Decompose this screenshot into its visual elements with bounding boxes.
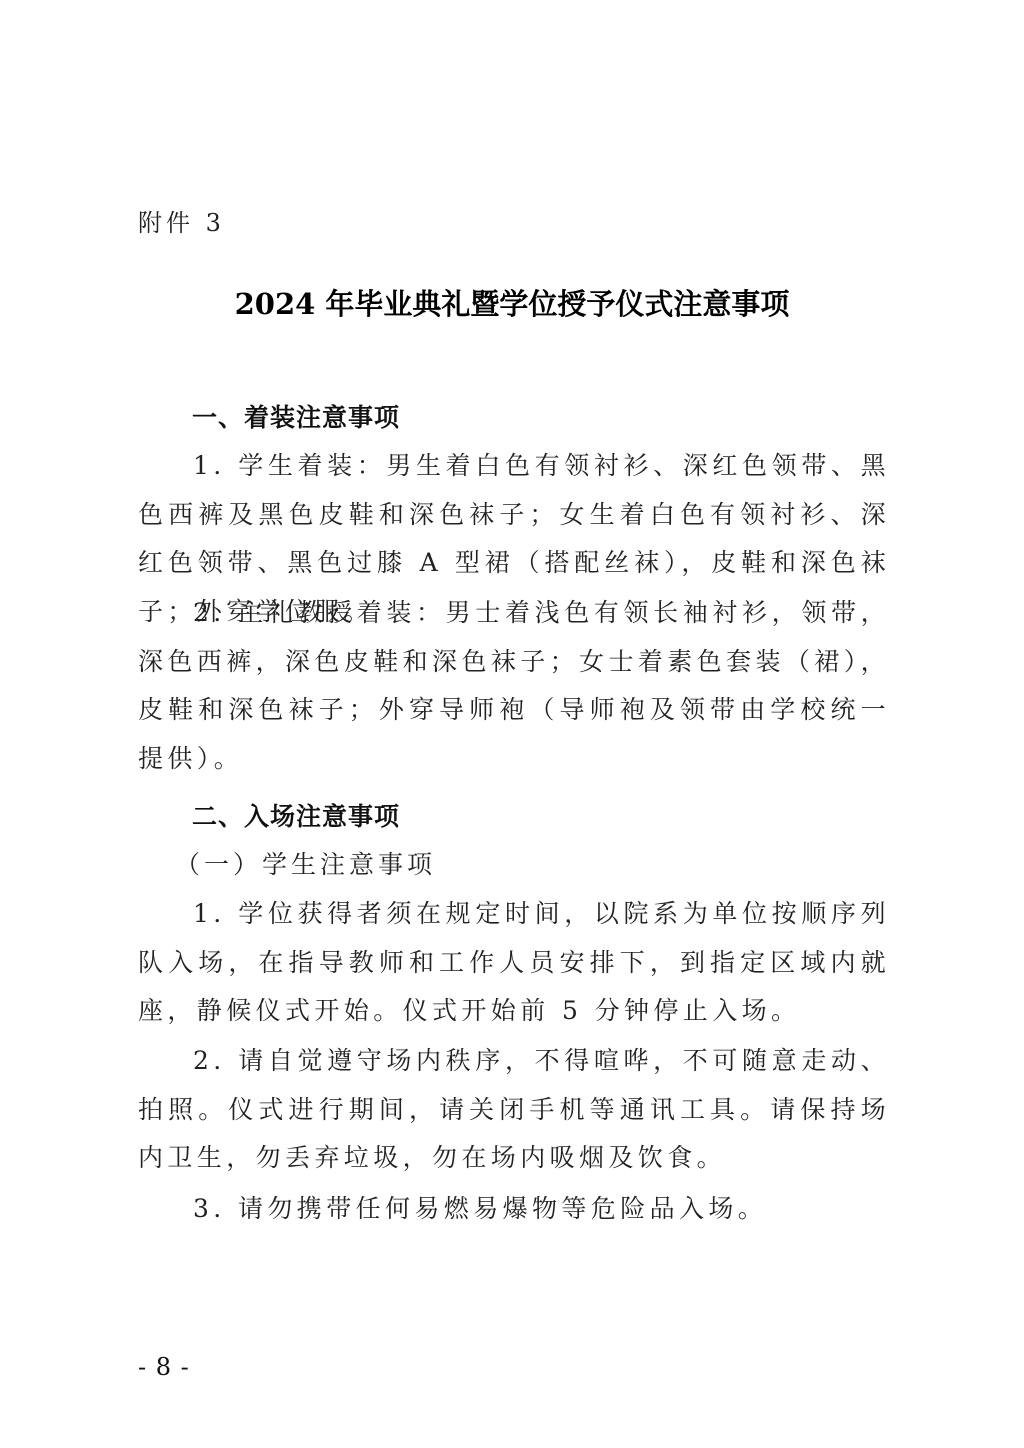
document-title: 2024 年毕业典礼暨学位授予仪式注意事项 <box>0 282 1024 323</box>
page-number: - 8 - <box>138 1353 190 1381</box>
paragraph-hazard-items: 3. 请勿携带任何易燃易爆物等危险品入场。 <box>138 1185 890 1234</box>
subheading-student-notes: （一）学生注意事项 <box>175 845 436 881</box>
section-heading-attire: 一、着装注意事项 <box>192 398 400 434</box>
paragraph-entry-order: 1. 学位获得者须在规定时间，以院系为单位按顺序列队入场，在指导教师和工作人员安… <box>138 890 890 1036</box>
paragraph-venue-rules: 2. 请自觉遵守场内秩序，不得喧哗，不可随意走动、拍照。仪式进行期间，请关闭手机… <box>138 1037 890 1183</box>
paragraph-professor-attire: 2. 主礼教授着装：男士着浅色有领长袖衬衫，领带，深色西裤，深色皮鞋和深色袜子；… <box>138 589 890 783</box>
section-heading-entry: 二、入场注意事项 <box>192 797 400 833</box>
attachment-label: 附件 3 <box>138 203 225 238</box>
document-page: 附件 3 2024 年毕业典礼暨学位授予仪式注意事项 一、着装注意事项 1. 学… <box>0 0 1024 1448</box>
